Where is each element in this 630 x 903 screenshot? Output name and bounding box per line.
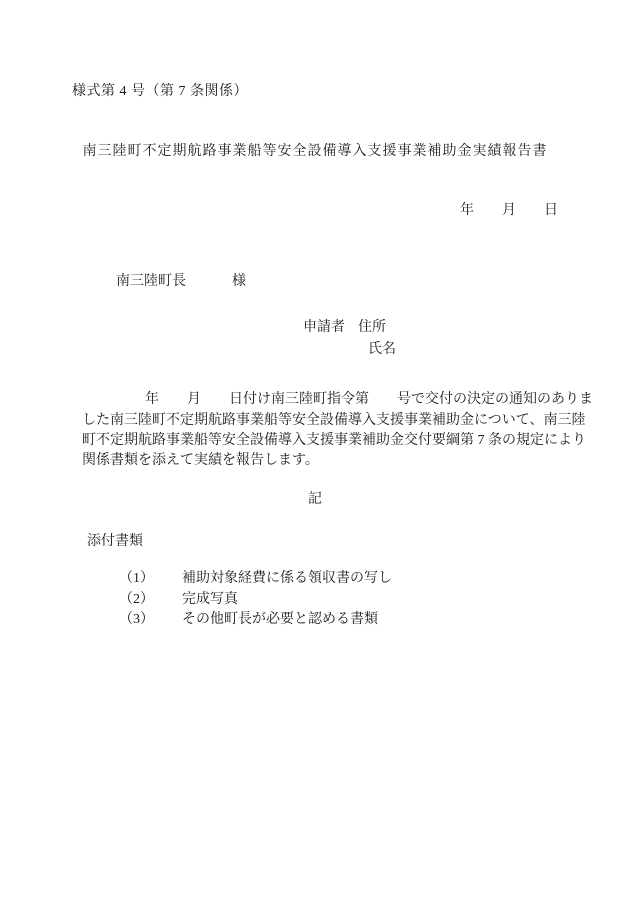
body-text-line: した南三陸町不定期航路事業船等安全設備導入支援事業補助金について、南三陸 bbox=[82, 409, 585, 429]
addressee-honorific: 様 bbox=[232, 274, 246, 289]
applicant-name-label: 氏名 bbox=[368, 338, 396, 358]
attachment-item-number: （3） bbox=[119, 608, 182, 628]
attachment-item-text: その他町長が必要と認める書類 bbox=[182, 612, 378, 627]
date-line: 年 月 日 bbox=[460, 199, 558, 219]
addressee-name: 南三陸町長 bbox=[116, 274, 186, 289]
body-text-line: 町不定期航路事業船等安全設備導入支援事業補助金交付要綱第 7 条の規定により bbox=[82, 429, 586, 449]
document-page: 様式第 4 号（第 7 条関係） 南三陸町不定期航路事業船等安全設備導入支援事業… bbox=[0, 0, 630, 903]
applicant-address-label: 住所 bbox=[358, 316, 386, 336]
document-title: 南三陸町不定期航路事業船等安全設備導入支援事業補助金実績報告書 bbox=[0, 140, 630, 160]
body-text-line: 年 月 日付け南三陸町指令第 号で交付の決定の通知のありま bbox=[145, 388, 593, 408]
attachment-item: （3）その他町長が必要と認める書類 bbox=[105, 592, 378, 644]
form-number-label: 様式第 4 号（第 7 条関係） bbox=[72, 80, 248, 100]
applicant-label: 申請者 bbox=[303, 316, 345, 336]
body-text-line: 関係書類を添えて実績を報告します。 bbox=[82, 449, 319, 469]
addressee-line: 南三陸町長様 bbox=[102, 254, 246, 306]
ki-heading: 記 bbox=[0, 488, 630, 508]
attachments-heading: 添付書類 bbox=[87, 530, 143, 550]
